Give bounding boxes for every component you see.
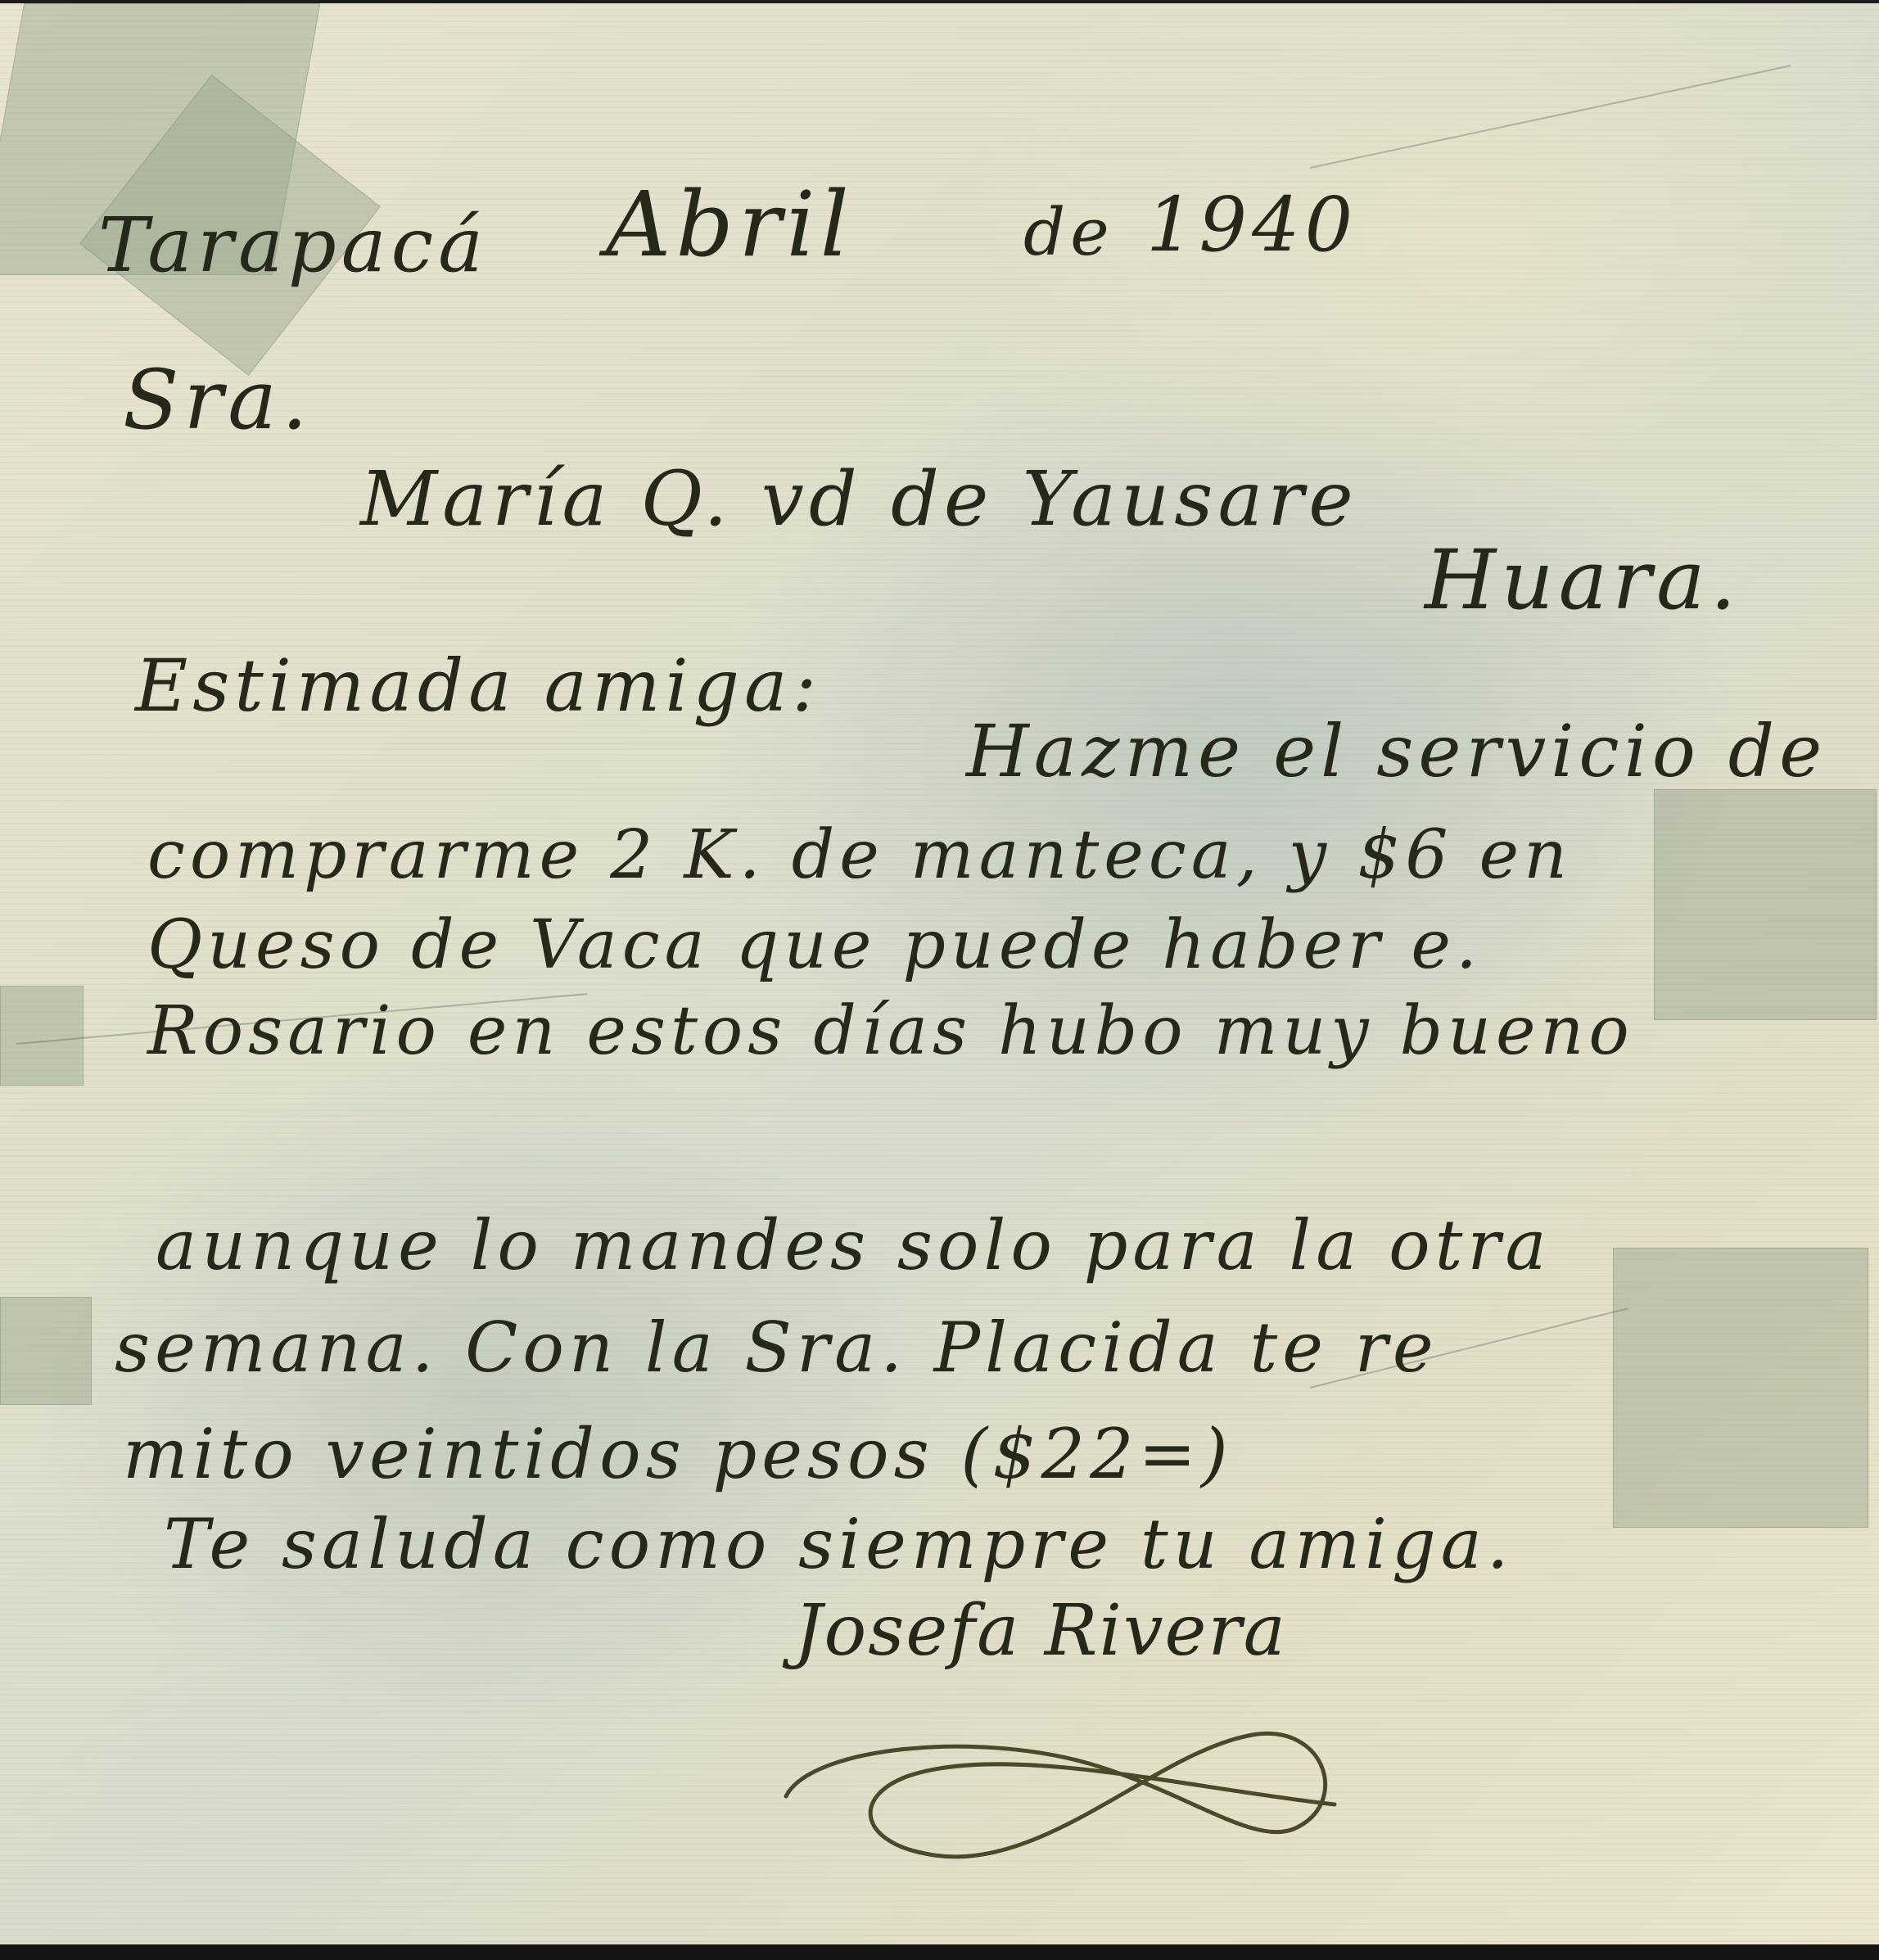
body-line-3: Queso de Vaca que puede haber e.	[147, 912, 1482, 979]
body-line-1: Hazme el servicio de	[966, 716, 1827, 788]
letter-year: 1940	[1146, 187, 1357, 263]
tape-patch-left-edge	[0, 986, 84, 1086]
body-line-7: mito veintidos pesos ($22=)	[123, 1420, 1233, 1488]
signature-flourish-icon	[761, 1673, 1351, 1903]
body-line-4: Rosario en estos días hubo muy bueno	[147, 998, 1634, 1065]
handwritten-letter: Tarapacá Abril de 1940 Sra. María Q. vd …	[0, 0, 1879, 1948]
body-line-5: aunque lo mandes solo para la otra	[156, 1211, 1552, 1280]
scan-border	[0, 1944, 1879, 1960]
recipient-location: Huara.	[1425, 540, 1741, 621]
signature: Josefa Rivera	[794, 1596, 1287, 1666]
body-line-2: comprarme 2 K. de manteca, y $6 en	[147, 822, 1572, 889]
tape-patch-left-lower	[0, 1297, 92, 1405]
letter-month: Abril	[606, 179, 854, 269]
letter-year-prefix: de	[1023, 200, 1114, 265]
body-line-6: semana. Con la Sra. Placida te re	[115, 1313, 1439, 1382]
tape-patch-right	[1613, 1248, 1868, 1528]
closing-line: Te saluda como siempre tu amiga.	[164, 1510, 1514, 1578]
salutation-title: Sra.	[123, 359, 313, 441]
crease-line	[1310, 65, 1791, 169]
tape-patch-right-mid	[1654, 789, 1877, 1020]
recipient-name: María Q. vd de Yausare	[360, 462, 1358, 537]
greeting: Estimada amiga:	[135, 650, 821, 722]
letter-place: Tarapacá	[98, 208, 488, 283]
